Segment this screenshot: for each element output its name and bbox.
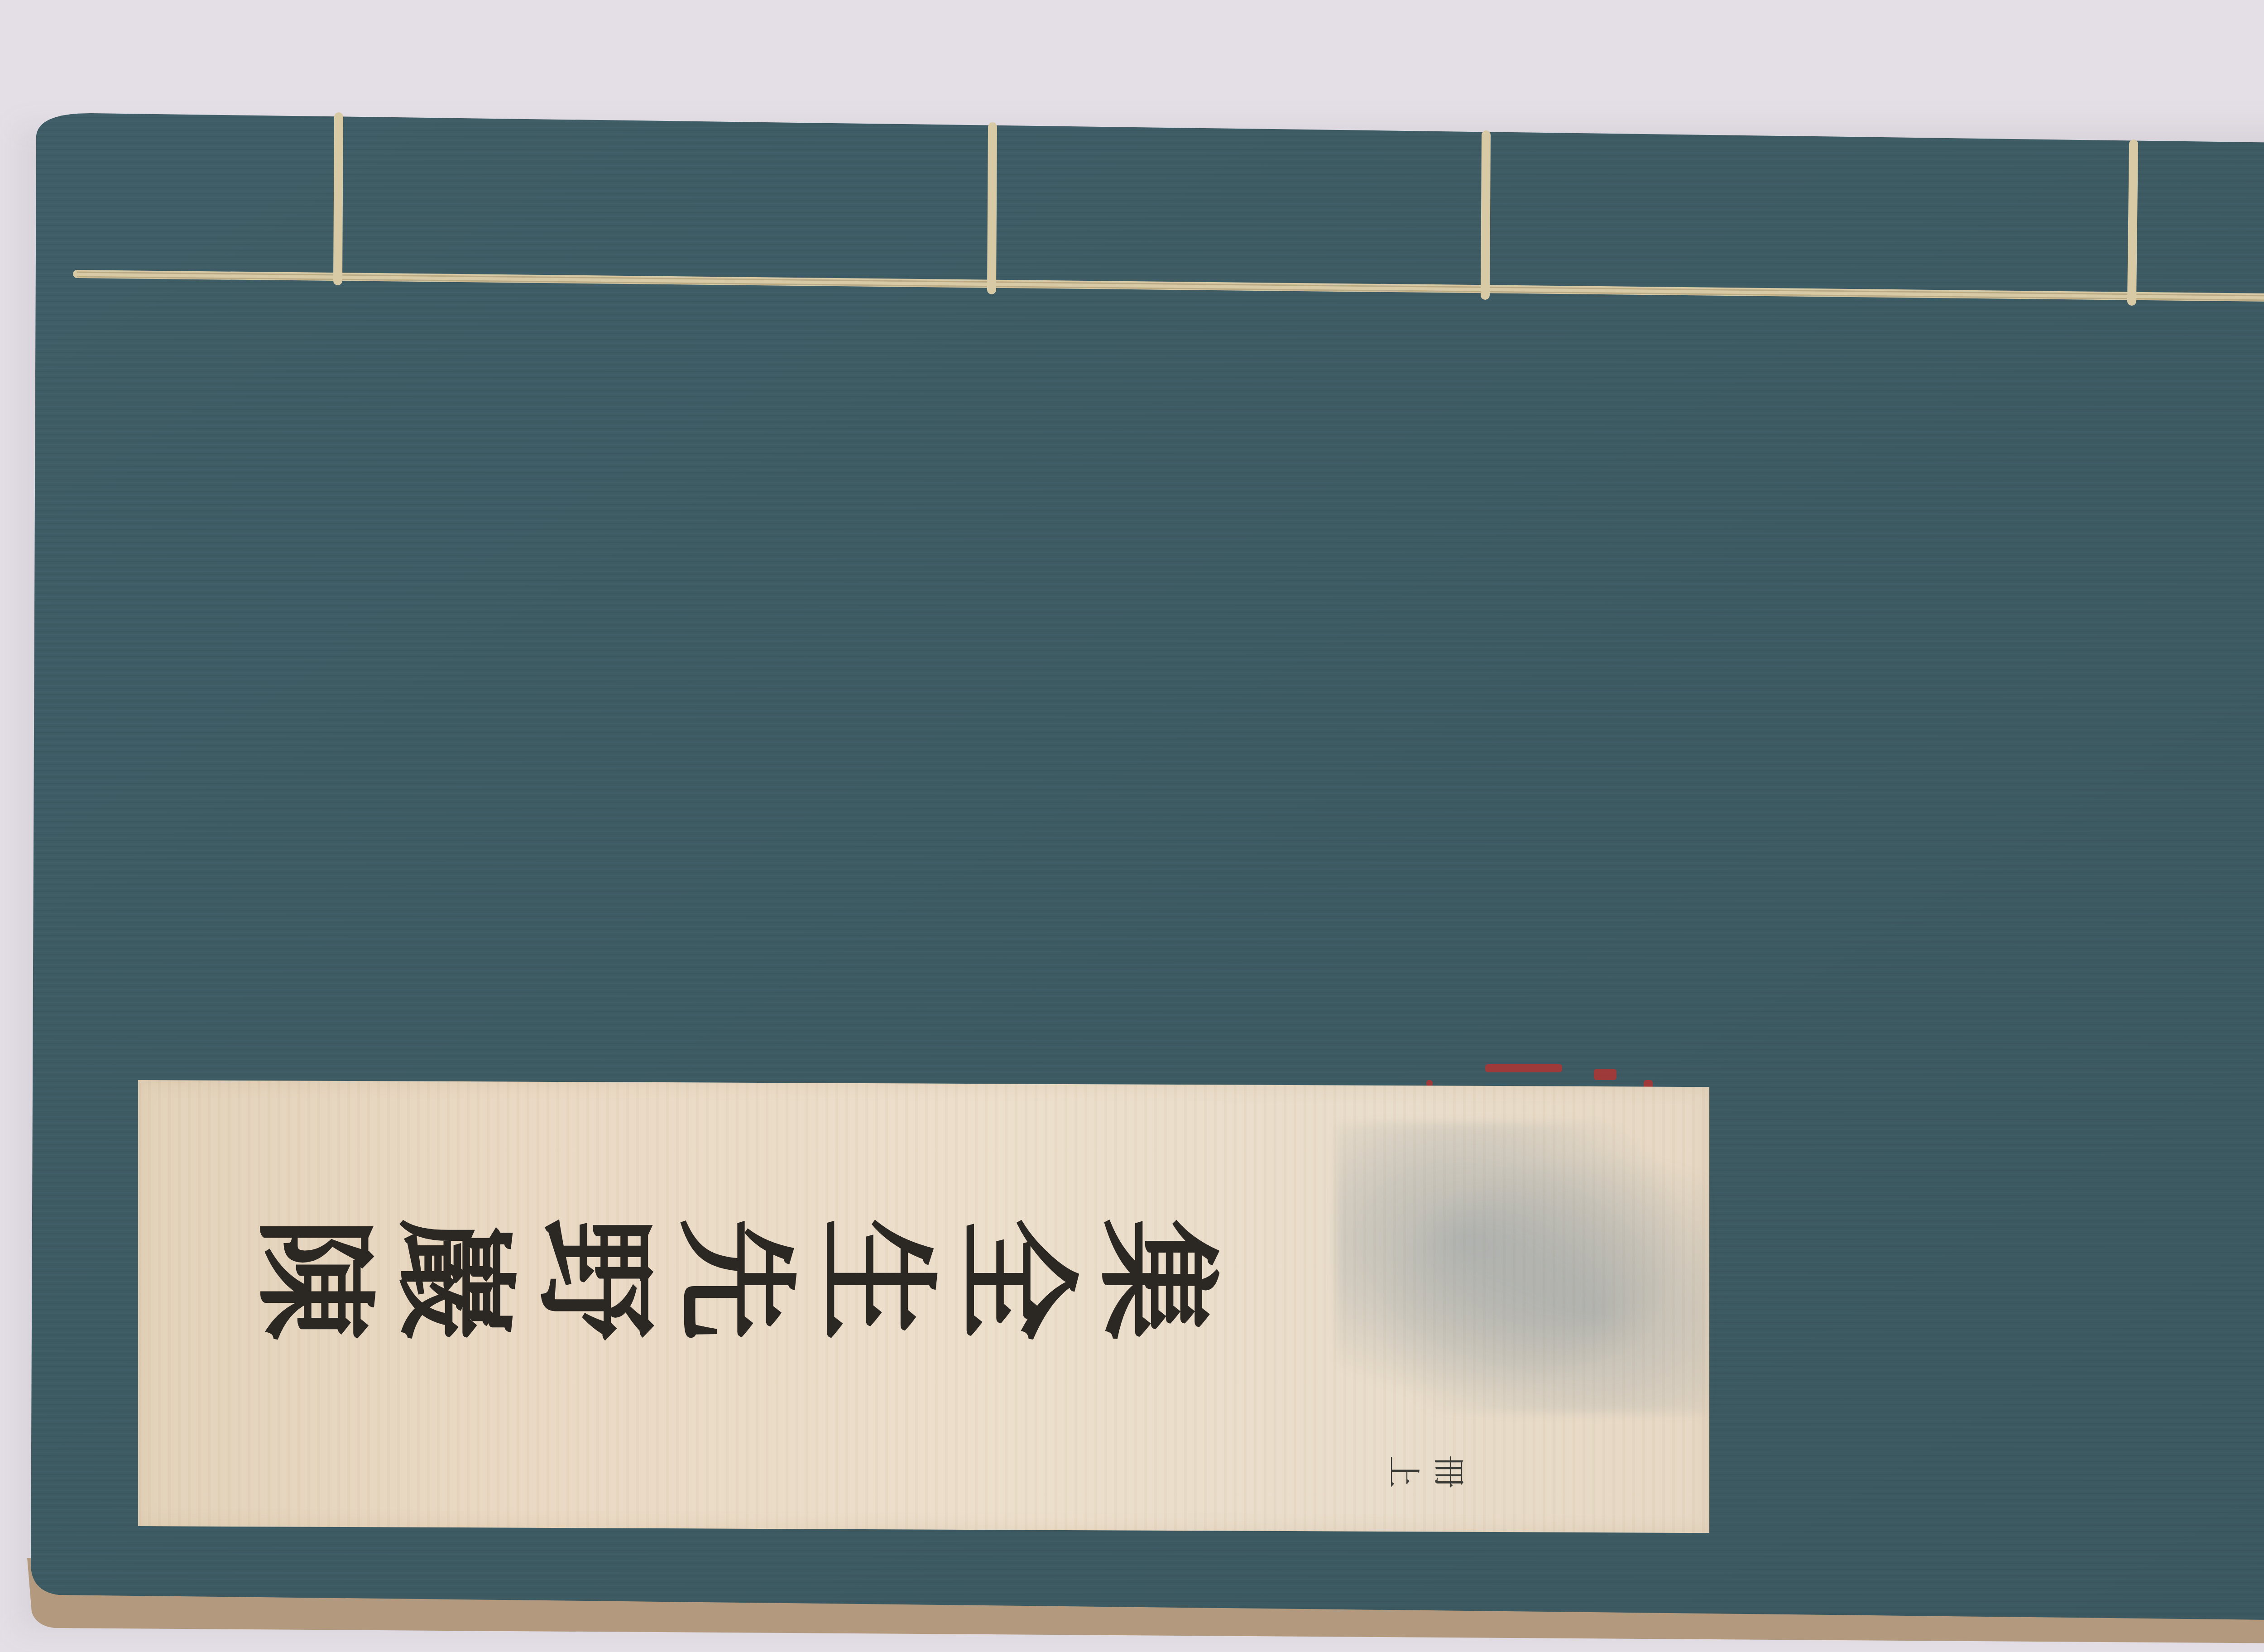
title-char: 集 <box>1089 1218 1225 1340</box>
title-char: 巖 <box>387 1218 523 1340</box>
title-char: 陳 <box>247 1218 383 1340</box>
volume-label: 上 冊 <box>1386 1449 1485 1494</box>
binding-stitch-4 <box>2132 144 2134 301</box>
binding-stitch-1 <box>338 117 339 281</box>
volume-char: 冊 <box>1431 1454 1467 1490</box>
ink-offset-smudge <box>1336 1123 1707 1413</box>
title-char: 先 <box>668 1218 804 1340</box>
binding-stitch-3 <box>1485 135 1486 295</box>
title-char: 野 <box>528 1218 663 1340</box>
binding-stitch-2 <box>992 127 993 290</box>
red-stamp-marks <box>1404 1037 1675 1087</box>
book-title: 陳 巖 野 先 生 全 集 <box>254 1200 1250 1359</box>
title-char: 全 <box>949 1218 1084 1340</box>
volume-char: 上 <box>1386 1454 1422 1490</box>
title-char: 生 <box>808 1218 944 1340</box>
